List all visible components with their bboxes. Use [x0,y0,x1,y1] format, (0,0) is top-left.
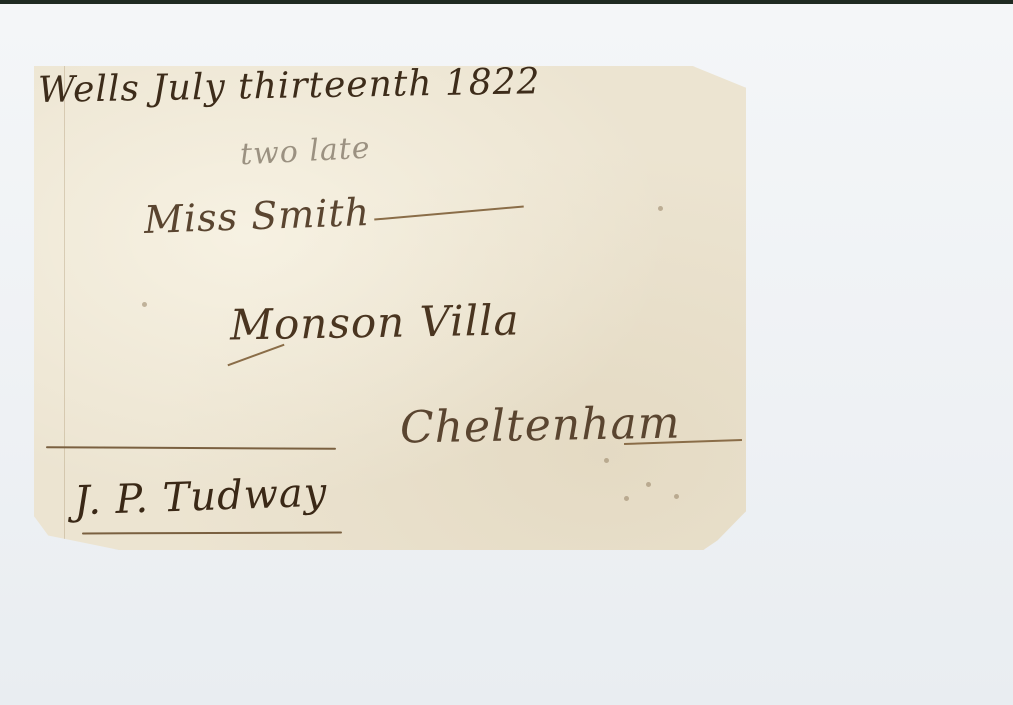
scan-top-border [0,0,1013,4]
signature-text: J. P. Tudway [73,470,328,525]
paper-blemish [624,496,629,501]
paper-blemish [604,458,609,463]
recipient-name-text: Miss Smith [143,190,371,242]
paper-document: Wells July thirteenth 1822 two late Miss… [34,66,746,550]
paper-blemish [674,494,679,499]
address-town-text: Cheltenham [400,398,681,454]
paper-blemish [142,302,147,307]
paper-blemish [658,206,663,211]
dateline-text: Wells July thirteenth 1822 [38,61,541,111]
paper-blemish [646,482,651,487]
signature-rule-upper [46,446,336,450]
fold-crease [64,66,65,550]
address-street-text: Monson Villa [230,295,520,349]
signature-rule-lower [82,532,342,535]
recipient-flourish [374,205,524,220]
faint-annotation-text: two late [239,131,371,173]
